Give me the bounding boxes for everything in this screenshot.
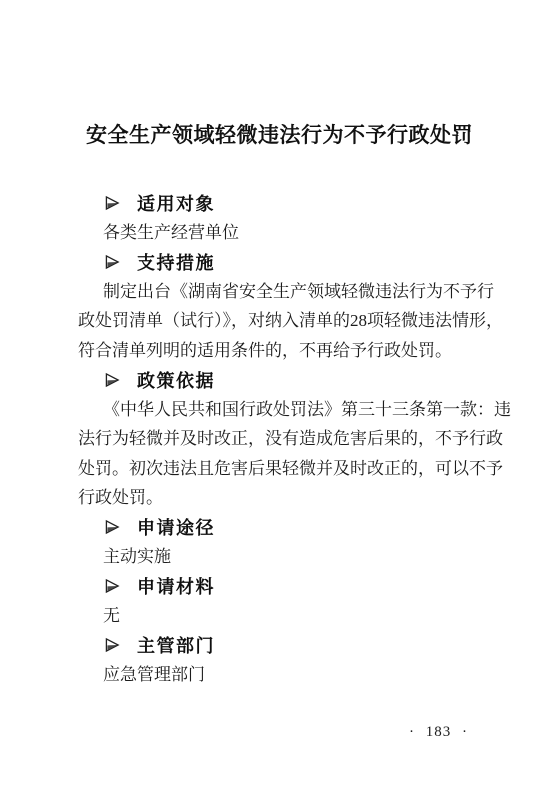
document-page: 安全生产领域轻微违法行为不予行政处罚 适用对象 各类生产经营单位 支持措施 制定… [0,0,559,793]
section-heading: 适用对象 [137,190,215,216]
page-title: 安全生产领域轻微违法行为不予行政处罚 [0,118,559,152]
body-line: 处罚。初次违法且危害后果轻微并及时改正的，可以不予 [78,454,480,484]
body-line: 行政处罚。 [78,483,480,513]
arrowhead-bullet-icon [105,519,120,535]
body-line: 符合清单列明的适用条件的，不再给予行政处罚。 [78,336,480,366]
arrowhead-bullet-icon [105,637,120,653]
body-line: 无 [78,601,480,631]
body-line: 主动实施 [78,542,480,572]
section-heading-row: 政策依据 [78,365,480,395]
section-heading-row: 支持措施 [78,247,480,277]
section-heading: 主管部门 [137,632,215,658]
section-heading: 支持措施 [137,249,215,275]
page-number: · 183 · [409,724,468,741]
body-line: 应急管理部门 [78,660,480,690]
body-line: 各类生产经营单位 [78,218,480,248]
body-line: 《中华人民共和国行政处罚法》第三十三条第一款：违 [78,395,480,425]
body-line: 政处罚清单（试行）》，对纳入清单的28项轻微违法情形， [78,306,480,336]
arrowhead-bullet-icon [105,372,120,388]
arrowhead-bullet-icon [105,195,120,211]
body-line: 制定出台《湖南省安全生产领域轻微违法行为不予行 [78,277,480,307]
section-heading-row: 主管部门 [78,631,480,661]
section-heading-row: 申请途径 [78,513,480,543]
section-heading: 政策依据 [137,367,215,393]
arrowhead-bullet-icon [105,578,120,594]
body-line: 法行为轻微并及时改正，没有造成危害后果的，不予行政 [78,424,480,454]
document-body: 适用对象 各类生产经营单位 支持措施 制定出台《湖南省安全生产领域轻微违法行为不… [78,188,480,690]
section-heading-row: 申请材料 [78,572,480,602]
section-heading: 申请途径 [137,514,215,540]
section-heading: 申请材料 [137,573,215,599]
section-heading-row: 适用对象 [78,188,480,218]
arrowhead-bullet-icon [105,254,120,270]
